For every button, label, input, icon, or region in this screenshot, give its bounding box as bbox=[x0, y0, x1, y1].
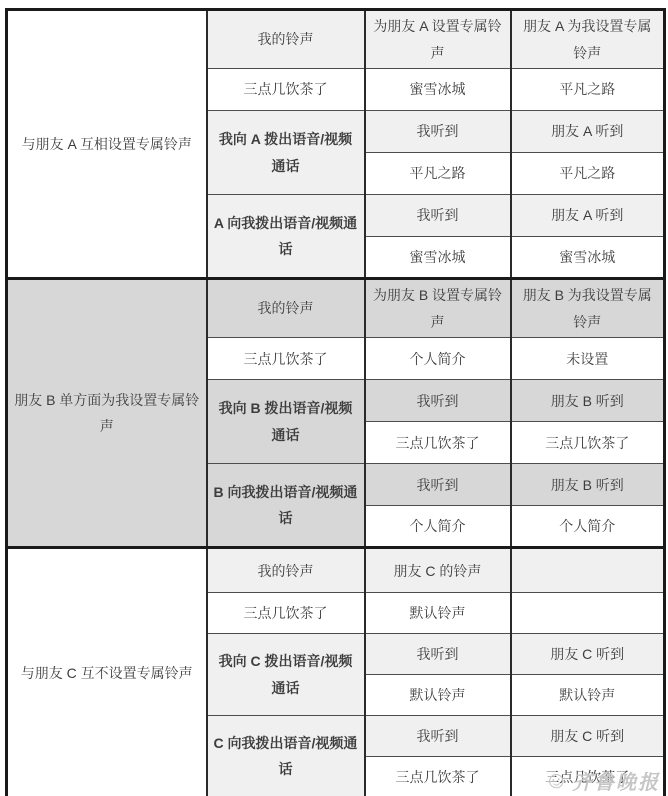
ringtone-value-cell: 默认铃声 bbox=[365, 675, 511, 716]
ringtone-value-cell: 未设置 bbox=[511, 338, 665, 380]
section-label-cell: 朋友 B 单方面为我设置专属铃声 bbox=[7, 279, 207, 548]
i-hear-cell: 我听到 bbox=[365, 195, 511, 237]
friend-hears-cell: 朋友 A 听到 bbox=[511, 195, 665, 237]
ringtone-value-cell: 个人简介 bbox=[511, 506, 665, 548]
friend-hears-cell: 朋友 C 听到 bbox=[511, 634, 665, 675]
empty-header-cell bbox=[511, 548, 665, 593]
ringtone-value-cell: 默认铃声 bbox=[365, 593, 511, 634]
table-row: 朋友 B 单方面为我设置专属铃声 我的铃声 为朋友 B 设置专属铃声 朋友 B … bbox=[7, 279, 665, 338]
my-ringtone-value-cell: 三点几饮茶了 bbox=[207, 338, 365, 380]
ringtone-value-cell: 平凡之路 bbox=[511, 153, 665, 195]
friend-set-for-me-header-cell: 朋友 B 为我设置专属铃声 bbox=[511, 279, 665, 338]
i-hear-cell: 我听到 bbox=[365, 716, 511, 757]
friend-ringtone-header-cell: 朋友 C 的铃声 bbox=[365, 548, 511, 593]
section-label-cell: 与朋友 A 互相设置专属铃声 bbox=[7, 10, 207, 279]
outgoing-call-label-cell: 我向 B 拨出语音/视频通话 bbox=[207, 380, 365, 464]
ringtone-value-cell: 平凡之路 bbox=[511, 69, 665, 111]
my-ringtone-header-cell: 我的铃声 bbox=[207, 10, 365, 69]
my-ringtone-value-cell: 三点几饮茶了 bbox=[207, 69, 365, 111]
ringtone-value-cell: 个人简介 bbox=[365, 506, 511, 548]
friend-hears-cell: 朋友 B 听到 bbox=[511, 380, 665, 422]
incoming-call-label-cell: C 向我拨出语音/视频通话 bbox=[207, 716, 365, 796]
my-ringtone-value-cell: 三点几饮茶了 bbox=[207, 593, 365, 634]
ringtone-value-cell: 三点几饮茶了 bbox=[511, 757, 665, 796]
incoming-call-label-cell: B 向我拨出语音/视频通话 bbox=[207, 464, 365, 548]
ringtone-value-cell: 三点几饮茶了 bbox=[365, 757, 511, 796]
ringtone-value-cell: 三点几饮茶了 bbox=[511, 422, 665, 464]
ringtone-value-cell: 平凡之路 bbox=[365, 153, 511, 195]
ringtone-value-cell: 默认铃声 bbox=[511, 675, 665, 716]
section-friend-b: 朋友 B 单方面为我设置专属铃声 我的铃声 为朋友 B 设置专属铃声 朋友 B … bbox=[7, 279, 665, 548]
i-hear-cell: 我听到 bbox=[365, 634, 511, 675]
friend-hears-cell: 朋友 A 听到 bbox=[511, 111, 665, 153]
incoming-call-label-cell: A 向我拨出语音/视频通话 bbox=[207, 195, 365, 279]
outgoing-call-label-cell: 我向 C 拨出语音/视频通话 bbox=[207, 634, 365, 716]
section-friend-a: 与朋友 A 互相设置专属铃声 我的铃声 为朋友 A 设置专属铃声 朋友 A 为我… bbox=[7, 10, 665, 279]
ringtone-value-cell: 个人简介 bbox=[365, 338, 511, 380]
ringtone-value-cell: 三点几饮茶了 bbox=[365, 422, 511, 464]
i-hear-cell: 我听到 bbox=[365, 111, 511, 153]
outgoing-call-label-cell: 我向 A 拨出语音/视频通话 bbox=[207, 111, 365, 195]
table-row: 与朋友 A 互相设置专属铃声 我的铃声 为朋友 A 设置专属铃声 朋友 A 为我… bbox=[7, 10, 665, 69]
section-friend-c: 与朋友 C 互不设置专属铃声 我的铃声 朋友 C 的铃声 三点几饮茶了 默认铃声… bbox=[7, 548, 665, 796]
i-hear-cell: 我听到 bbox=[365, 380, 511, 422]
empty-value-cell bbox=[511, 593, 665, 634]
table-row: 与朋友 C 互不设置专属铃声 我的铃声 朋友 C 的铃声 bbox=[7, 548, 665, 593]
ringtone-value-cell: 蜜雪冰城 bbox=[365, 237, 511, 279]
page: 与朋友 A 互相设置专属铃声 我的铃声 为朋友 A 设置专属铃声 朋友 A 为我… bbox=[0, 0, 668, 796]
set-for-friend-header-cell: 为朋友 B 设置专属铃声 bbox=[365, 279, 511, 338]
ringtone-comparison-table: 与朋友 A 互相设置专属铃声 我的铃声 为朋友 A 设置专属铃声 朋友 A 为我… bbox=[5, 8, 666, 796]
my-ringtone-header-cell: 我的铃声 bbox=[207, 548, 365, 593]
ringtone-value-cell: 蜜雪冰城 bbox=[511, 237, 665, 279]
friend-hears-cell: 朋友 C 听到 bbox=[511, 716, 665, 757]
friend-set-for-me-header-cell: 朋友 A 为我设置专属铃声 bbox=[511, 10, 665, 69]
my-ringtone-header-cell: 我的铃声 bbox=[207, 279, 365, 338]
ringtone-value-cell: 蜜雪冰城 bbox=[365, 69, 511, 111]
friend-hears-cell: 朋友 B 听到 bbox=[511, 464, 665, 506]
set-for-friend-header-cell: 为朋友 A 设置专属铃声 bbox=[365, 10, 511, 69]
section-label-cell: 与朋友 C 互不设置专属铃声 bbox=[7, 548, 207, 796]
i-hear-cell: 我听到 bbox=[365, 464, 511, 506]
